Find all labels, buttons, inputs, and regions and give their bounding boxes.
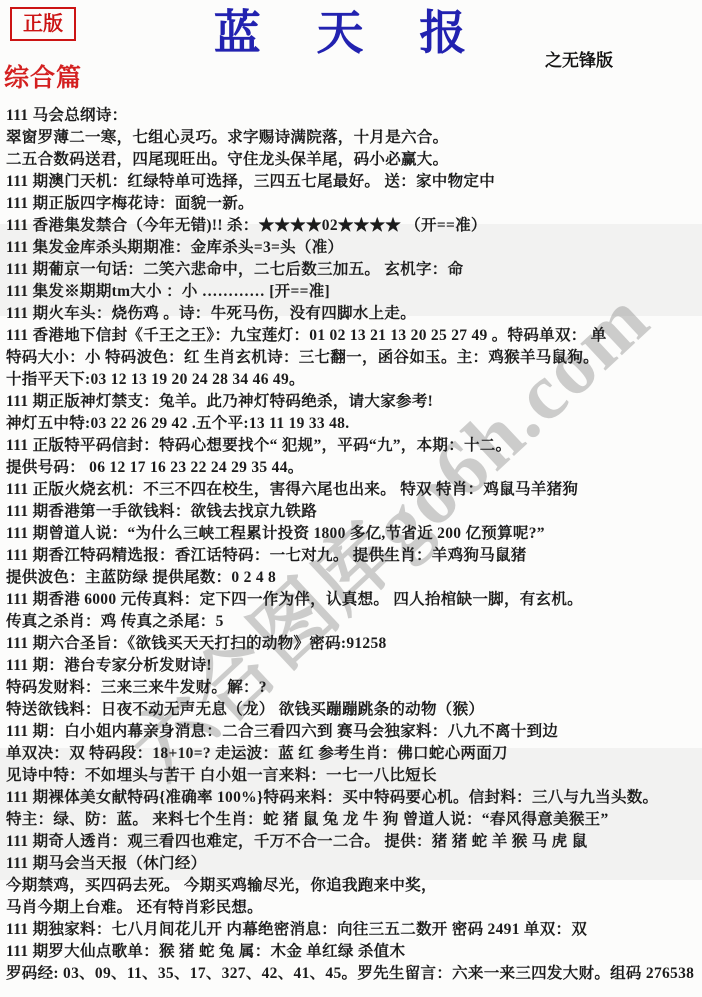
text-line: 111 集发※期期tm大小 ：小 ………… [开==准] (6, 281, 700, 303)
text-line: 神灯五中特:03 22 26 29 42 .五个平:13 11 19 33 48… (6, 413, 700, 435)
text-line: 111 期澳门天机：红绿特单可选择，三四五七尾最好。 送：家中物定中 (6, 171, 700, 193)
text-line: 111 正版特平码信封：特码心想要找个“ 犯规”，平码“九”，本期：十二。 (6, 435, 700, 457)
text-line: 传真之杀肖：鸡 传真之杀尾：5 (6, 611, 700, 633)
text-line: 111 期香港第一手欲钱料：欲钱去找京九铁路 (6, 501, 700, 523)
text-line: 111 期六合圣旨：《欲钱买天天打扫的动物》密码:91258 (6, 633, 700, 655)
text-line: 111 期：白小姐内幕亲身消息：二合三看四六到 赛马会独家料：八九不离十到边 (6, 721, 700, 743)
text-line: 特码发财料：三来三来牛发财。解：? (6, 677, 700, 699)
text-line: 111 期火车头：烧伤鸡 。诗：牛死马伤，没有四脚水上走。 (6, 303, 700, 325)
text-line: 111 香港集发禁合（今年无错)!! 杀：★★★★02★★★★ （开==准） (6, 215, 700, 237)
text-line: 111 香港地下信封《千王之王》：九宝莲灯：01 02 13 21 13 20 … (6, 325, 700, 347)
text-line: 特码大小：小 特码波色：红 生肖玄机诗：三七翻一，函谷如玉。主：鸡猴羊马鼠狗。 (6, 347, 700, 369)
text-line: 111 期香港 6000 元传真料：定下四一作为伴，认真想。 四人抬棺缺一脚，有… (6, 589, 700, 611)
text-line: 111 期罗大仙点歌单：猴 猪 蛇 兔 属：木金 单红绿 杀值木 (6, 941, 700, 963)
text-line: 111 期马会当天报（休门经） (6, 853, 700, 875)
text-line: 111 期独家料：七八月间花儿开 内幕绝密消息：向往三五二数开 密码 2491 … (6, 919, 700, 941)
text-line: 111 期曾道人说：“为什么三峡工程累计投资 1800 多亿,节省近 200 亿… (6, 523, 700, 545)
text-line: 罗码经: 03、09、11、35、17、327、42、41、45。罗先生留言：六… (6, 963, 700, 985)
text-line: 二五合数码送君，四尾现旺出。守住龙头保羊尾，码小必赢大。 (6, 149, 700, 171)
text-line: 111 正版火烧玄机：不三不四在校生，害得六尾也出来。 特双 特肖：鸡鼠马羊猪狗 (6, 479, 700, 501)
text-line: 见诗中特：不如埋头与苦干 白小姐一言来料：一七一八比短长 (6, 765, 700, 787)
text-line: 提供号码： 06 12 17 16 23 22 24 29 35 44。 (6, 457, 700, 479)
text-line: 111 期正版四字梅花诗：面貌一新。 (6, 193, 700, 215)
text-line: 111 期香江特码精选报：香江话特码：一七对九。 提供生肖：羊鸡狗马鼠猪 (6, 545, 700, 567)
text-line: 翠窗罗薄二一寒，七组心灵巧。求字赐诗满院落，十月是六合。 (6, 127, 700, 149)
text-line: 单双决：双 特码段：18+10=? 走运波：蓝 红 参考生肖：佛口蛇心两面刀 (6, 743, 700, 765)
text-line: 111 期裸体美女献特码{准确率 100%}特码来料：买中特码要心机。信封料：三… (6, 787, 700, 809)
text-line: 111 期奇人透肖：观三看四也难定，千万不合一二合。 提供：猪 猪 蛇 羊 猴 … (6, 831, 700, 853)
text-line: 提供波色：主蓝防绿 提供尾数：0 2 4 8 (6, 567, 700, 589)
text-line: 111 期正版神灯禁支：兔羊。此乃神灯特码绝杀，请大家参考! (6, 391, 700, 413)
text-line: 特主：绿、防：蓝。 来料七个生肖：蛇 猪 鼠 兔 龙 牛 狗 曾道人说：“春风得… (6, 809, 700, 831)
text-line: 111 期葡京一句话：二笑六悲命中，二七后数三加五。 玄机字：命 (6, 259, 700, 281)
body-lines: 111 马会总纲诗：翠窗罗薄二一寒，七组心灵巧。求字赐诗满院落，十月是六合。二五… (6, 105, 700, 985)
text-line: 111 集发金库杀头期期准：金库杀头=3=头（准） (6, 237, 700, 259)
text-line: 今期禁鸡，买四码去死。 今期买鸡输尽光，你追我跑来中奖， (6, 875, 700, 897)
text-line: 特送欲钱料：日夜不动无声无息（龙） 欲钱买蹦蹦跳条的动物（猴） (6, 699, 700, 721)
text-line: 十指平天下:03 12 13 19 20 24 28 34 46 49。 (6, 369, 700, 391)
newspaper-page: 六合图库go6h.com 正版 蓝 天 报 之无锋版 综合篇 111 马会总纲诗… (0, 0, 702, 997)
text-line: 111 期：港台专家分析发财诗! (6, 655, 700, 677)
edition-label: 之无锋版 (545, 46, 613, 71)
section-title: 综合篇 (4, 58, 82, 94)
text-line: 马肖今期上台难。 还有特肖彩民想。 (6, 897, 700, 919)
text-line: 111 马会总纲诗： (6, 105, 700, 127)
